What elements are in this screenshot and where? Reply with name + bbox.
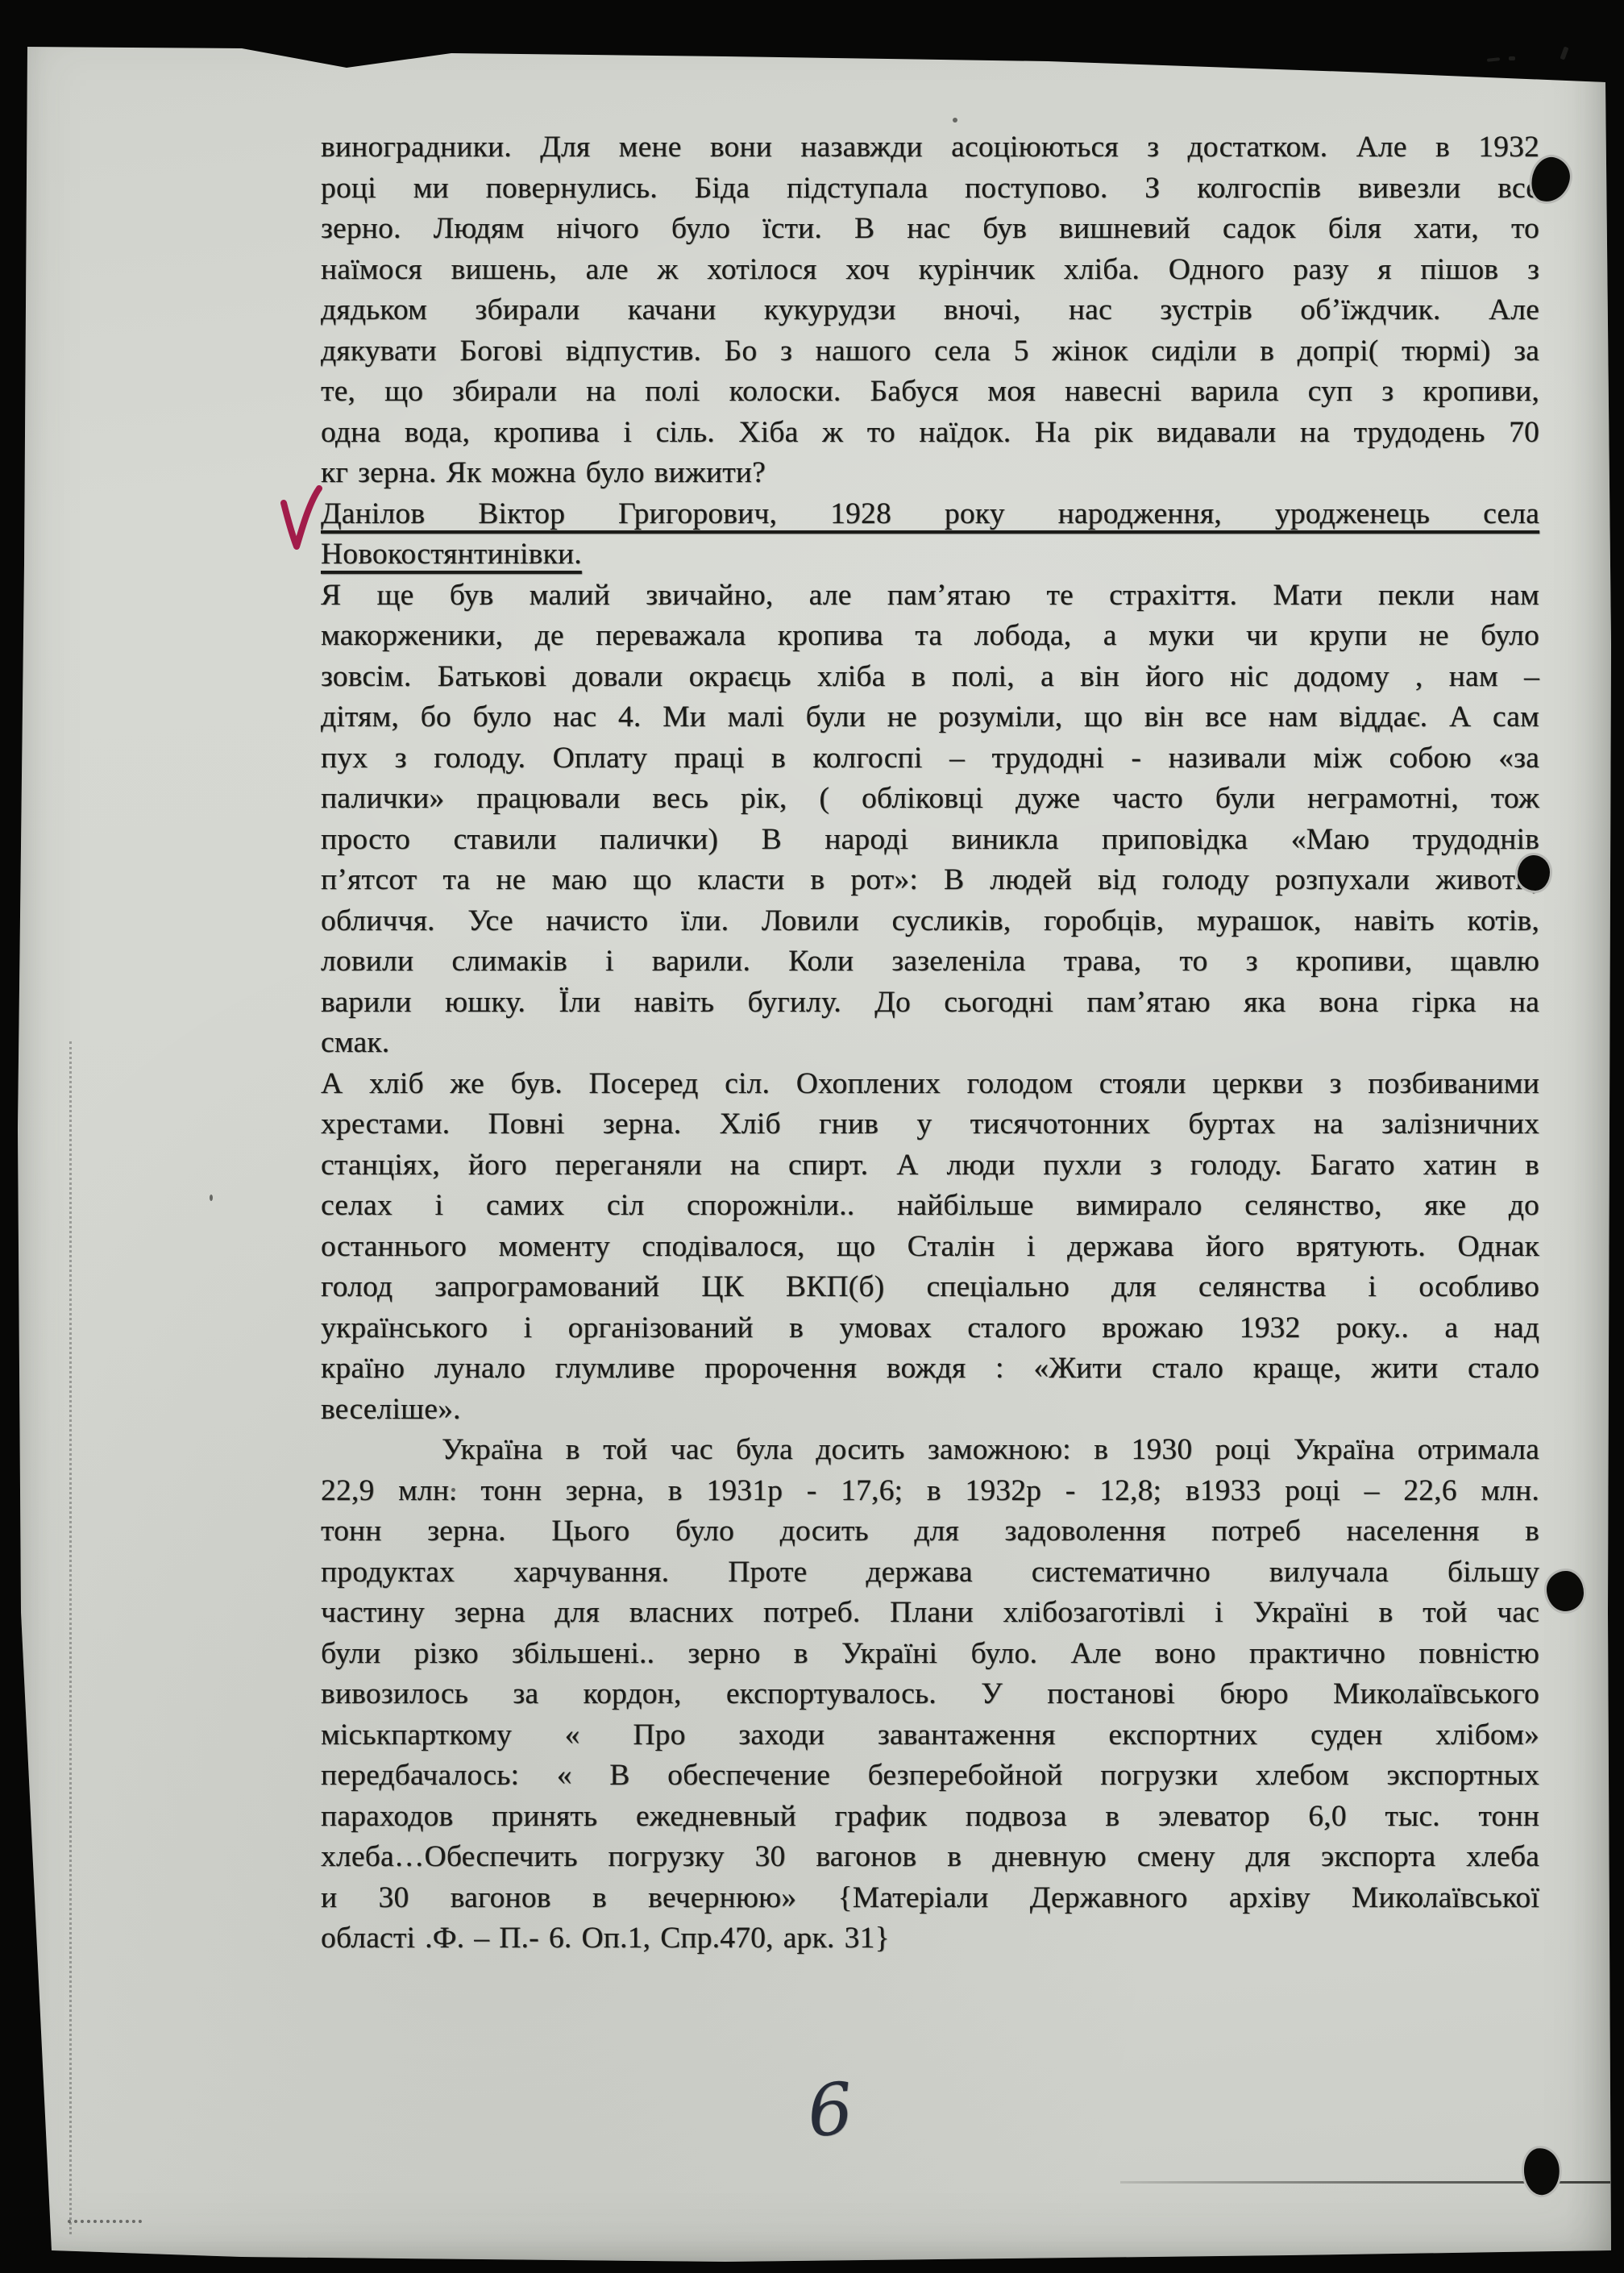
scan-speck-icon [1509,56,1515,60]
text-line: Новокостянтинівки. [321,534,1539,576]
paragraph-p4: Україна в той час була досить заможною: … [321,1430,1539,1959]
text-line: зерно. Людям нічого було їсти. В нас був… [321,209,1539,250]
red-checkmark-icon [279,480,330,561]
handwritten-page-number: 6 [804,2067,857,2153]
text-line: А хліб же був. Посеред сіл. Охоплених го… [321,1064,1539,1105]
text-line: варили юшку. Їли навіть бугилу. До сього… [321,983,1539,1024]
text-line: вивозилось за кордон, експортувалось. У … [321,1674,1539,1715]
text-line: передбачалось: « В обеспечение безперебо… [321,1756,1539,1797]
text-line: Я ще був малий звичайно, але пам’ятаю те… [321,576,1539,617]
text-line: дітям, бо було нас 4. Ми малі були не ро… [321,697,1539,738]
text-line: одна вода, кропива і сіль. Хіба ж то наї… [321,413,1539,454]
text-line: виноградники. Для мене вони назавжди асо… [321,127,1539,168]
text-line: ловили слимаків і варили. Коли зазеленіл… [321,941,1539,983]
text-line: році ми повернулись. Біда підступала пос… [321,168,1539,210]
text-line: кг зерна. Як можна було вижити? [321,453,1539,494]
paragraph-witness-heading: Данілов Віктор Григорович, 1928 року нар… [321,494,1539,576]
text-line: продуктах харчування. Проте держава сист… [321,1552,1539,1594]
paragraph-p3: А хліб же був. Посеред сіл. Охоплених го… [321,1064,1539,1431]
scan-artifact-dashes [68,2220,142,2223]
text-line: Україна в той час була досить заможною: … [321,1430,1539,1471]
text-line: макорженики, де переважала кропива та ло… [321,616,1539,657]
text-line: просто ставили палички) В народі виникла… [321,820,1539,861]
text-line: дякувати Богові відпустив. Бо з нашого с… [321,331,1539,372]
text-line: останнього моменту сподівалося, що Сталі… [321,1227,1539,1268]
text-line: хрестами. Повні зерна. Хліб гнив у тисяч… [321,1104,1539,1145]
text-line: Данілов Віктор Григорович, 1928 року нар… [321,494,1539,535]
text-line: станціях, його переганяли на спирт. А лю… [321,1145,1539,1186]
text-line: українського і організований в умовах ст… [321,1308,1539,1349]
text-line: голод запрограмований ЦК ВКП(б) спеціаль… [321,1267,1539,1308]
text-line: палички» працювали весь рік, ( обліковці… [321,779,1539,820]
text-line: були різко збільшені.. зерно в Україні б… [321,1634,1539,1675]
text-line: зовсім. Батькові довали окраєць хліба в … [321,657,1539,698]
text-line: параходов принять ежедневный график подв… [321,1797,1539,1838]
scan-speck-icon [953,118,957,123]
text-line: и 30 вагонов в вечернюю» {Матеріали Держ… [321,1878,1539,1919]
text-line: пух з голоду. Оплату праці в колгоспі – … [321,738,1539,779]
scan-speck-icon [1487,57,1500,62]
text-line: області .Ф. – П.- 6. Оп.1, Спр.470, арк.… [321,1918,1539,1959]
text-line: обличчя. Усе начисто їли. Ловили сусликі… [321,901,1539,942]
text-line: тонн зерна. Цього було досить для задово… [321,1511,1539,1552]
text-line: країно лунало глумливе пророчення вождя … [321,1348,1539,1390]
paragraph-p2: Я ще був малий звичайно, але пам’ятаю те… [321,576,1539,1064]
text-line: селах і самих сіл спорожніли.. найбільше… [321,1186,1539,1227]
ink-blob-icon [1515,853,1552,893]
text-block: виноградники. Для мене вони назавжди асо… [321,127,1539,1959]
text-line: хлеба…Обеспечить погрузку 30 вагонов в д… [321,1837,1539,1878]
scan-speck-icon [210,1195,213,1201]
text-line: наїмося вишень, але ж хотілося хоч курін… [321,250,1539,291]
paragraph-p1: виноградники. Для мене вони назавжди асо… [321,127,1539,494]
text-line: 22,9 млн. тонн зерна, в 1931р - 17,6; в … [321,1471,1539,1512]
ink-blob-icon [1544,1569,1586,1614]
scan-speck-icon [1560,46,1568,60]
fold-dotted-line [69,1041,72,2234]
text-line: п’ятсот та не маю що класти в рот»: В лю… [321,860,1539,901]
text-line: те, що збирали на полі колоски. Бабуся м… [321,372,1539,413]
text-line: дядьком збирали качани кукурудзи вночі, … [321,290,1539,331]
text-line: веселіше». [321,1390,1539,1431]
scanned-page: { "colors": { "paper": "#d4d6d0", "ink":… [0,0,1624,2273]
scan-speck-icon [451,1488,455,1492]
text-line: частину зерна для власних потреб. Плани … [321,1593,1539,1634]
text-line: смак. [321,1023,1539,1064]
text-line: міськпарткому « Про заходи завантаження … [321,1715,1539,1756]
